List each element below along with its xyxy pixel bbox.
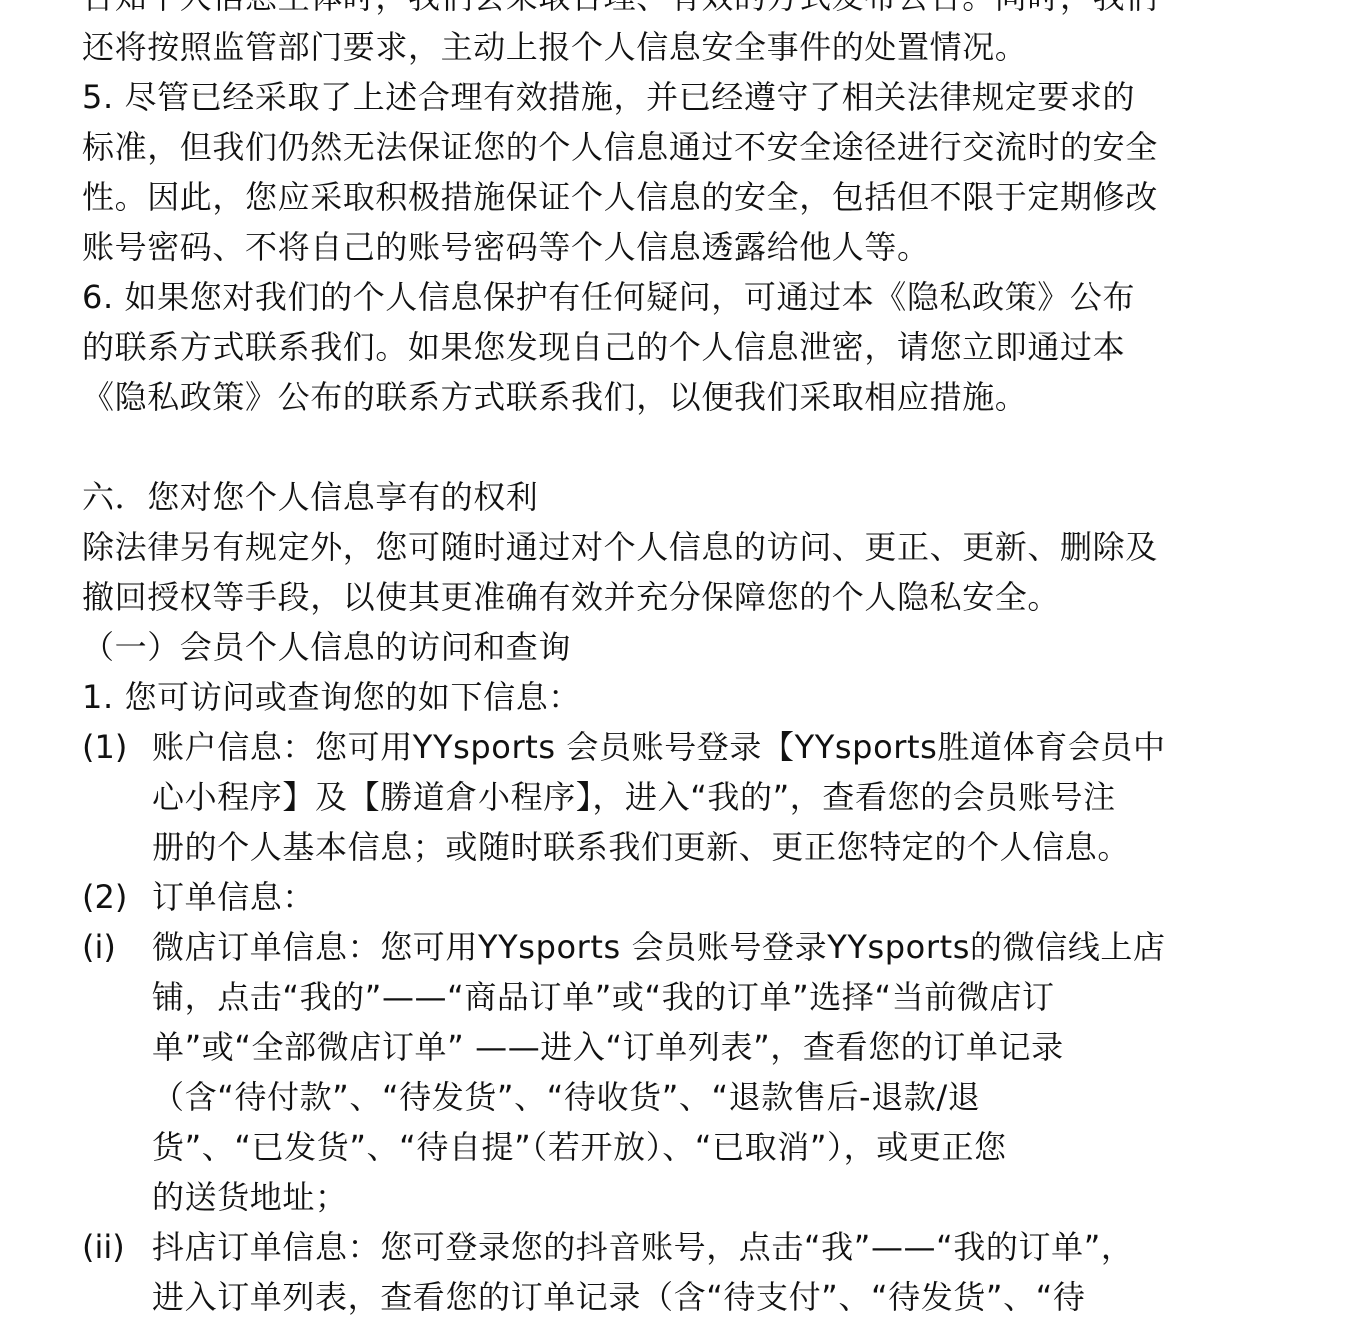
paragraph-line: 单”或“全部微店订单” ——进入“订单列表”，查看您的订单记录: [152, 1022, 1292, 1072]
list-item-account-info: (1) 账户信息：您可用YYsports 会员账号登录【YYsports胜道体育…: [82, 722, 1292, 872]
paragraph-line: （含“待付款”、“待发货”、“待收货”、“退款售后-退款/退: [152, 1072, 1292, 1122]
paragraph-line: 还将按照监管部门要求，主动上报个人信息安全事件的处置情况。: [82, 22, 1292, 72]
paragraph-line: 账户信息：您可用YYsports 会员账号登录【YYsports胜道体育会员中: [152, 722, 1292, 772]
list-item-order-info: (2) 订单信息：: [82, 872, 1292, 922]
list-item-douyin-orders: (ii) 抖店订单信息：您可登录您的抖音账号，点击“我”——“我的订单”， 进入…: [82, 1222, 1292, 1322]
paragraph-line: 微店订单信息：您可用YYsports 会员账号登录YYsports的微信线上店: [152, 922, 1292, 972]
paragraph-line: 册的个人基本信息；或随时联系我们更新、更正您特定的个人信息。: [152, 822, 1292, 872]
paragraph-line: 撤回授权等手段，以使其更准确有效并充分保障您的个人隐私安全。: [82, 572, 1292, 622]
section-rights: 六．您对您个人信息享有的权利 除法律另有规定外，您可随时通过对个人信息的访问、更…: [82, 472, 1292, 1322]
paragraph-line: 货”、“已发货”、“待自提”（若开放）、“已取消”），或更正您: [152, 1122, 1292, 1172]
paragraph-line: 进入订单列表，查看您的订单记录（含“待支付”、“待发货”、“待: [152, 1272, 1292, 1322]
paragraph-line: 账号密码、不将自己的账号密码等个人信息透露给他人等。: [82, 222, 1292, 272]
paragraph-line: 抖店订单信息：您可登录您的抖音账号，点击“我”——“我的订单”，: [152, 1222, 1292, 1272]
paragraph-line: 的送货地址；: [152, 1172, 1292, 1222]
list-item-weidian-orders: (i) 微店订单信息：您可用YYsports 会员账号登录YYsports的微信…: [82, 922, 1292, 1222]
paragraph-line: 告知个人信息主体时，我们会采取合理、有效的方式发布公告。同时，我们: [82, 0, 1292, 22]
paragraph-line: 5. 尽管已经采取了上述合理有效措施，并已经遵守了相关法律规定要求的: [82, 72, 1292, 122]
paragraph-line: 的联系方式联系我们。如果您发现自己的个人信息泄密，请您立即通过本: [82, 322, 1292, 372]
spacer: [82, 422, 1292, 472]
paragraph-line: 铺，点击“我的”——“商品订单”或“我的订单”选择“当前微店订: [152, 972, 1292, 1022]
list-item-1: 1. 您可访问或查询您的如下信息：: [82, 672, 1292, 722]
point-6: 6. 如果您对我们的个人信息保护有任何疑问，可通过本《隐私政策》公布 的联系方式…: [82, 272, 1292, 422]
list-marker: (1): [82, 722, 152, 772]
paragraph-line: 性。因此，您应采取积极措施保证个人信息的安全，包括但不限于定期修改: [82, 172, 1292, 222]
paragraph-line: 心小程序】及【勝道倉小程序】，进入“我的”，查看您的会员账号注: [152, 772, 1292, 822]
subsection-heading: （一）会员个人信息的访问和查询: [82, 622, 1292, 672]
paragraph-line: 6. 如果您对我们的个人信息保护有任何疑问，可通过本《隐私政策》公布: [82, 272, 1292, 322]
list-marker: (2): [82, 872, 152, 922]
list-marker: (i): [82, 922, 152, 972]
section-heading: 六．您对您个人信息享有的权利: [82, 472, 1292, 522]
paragraph-line: 除法律另有规定外，您可随时通过对个人信息的访问、更正、更新、删除及: [82, 522, 1292, 572]
paragraph-line: 《隐私政策》公布的联系方式联系我们，以便我们采取相应措施。: [82, 372, 1292, 422]
point-5: 5. 尽管已经采取了上述合理有效措施，并已经遵守了相关法律规定要求的 标准，但我…: [82, 72, 1292, 272]
paragraph-line: 订单信息：: [152, 872, 1292, 922]
privacy-policy-document: 告知个人信息主体时，我们会采取合理、有效的方式发布公告。同时，我们 还将按照监管…: [82, 0, 1292, 1322]
list-marker: (ii): [82, 1222, 152, 1272]
paragraph-line: 标准，但我们仍然无法保证您的个人信息通过不安全途径进行交流时的安全: [82, 122, 1292, 172]
